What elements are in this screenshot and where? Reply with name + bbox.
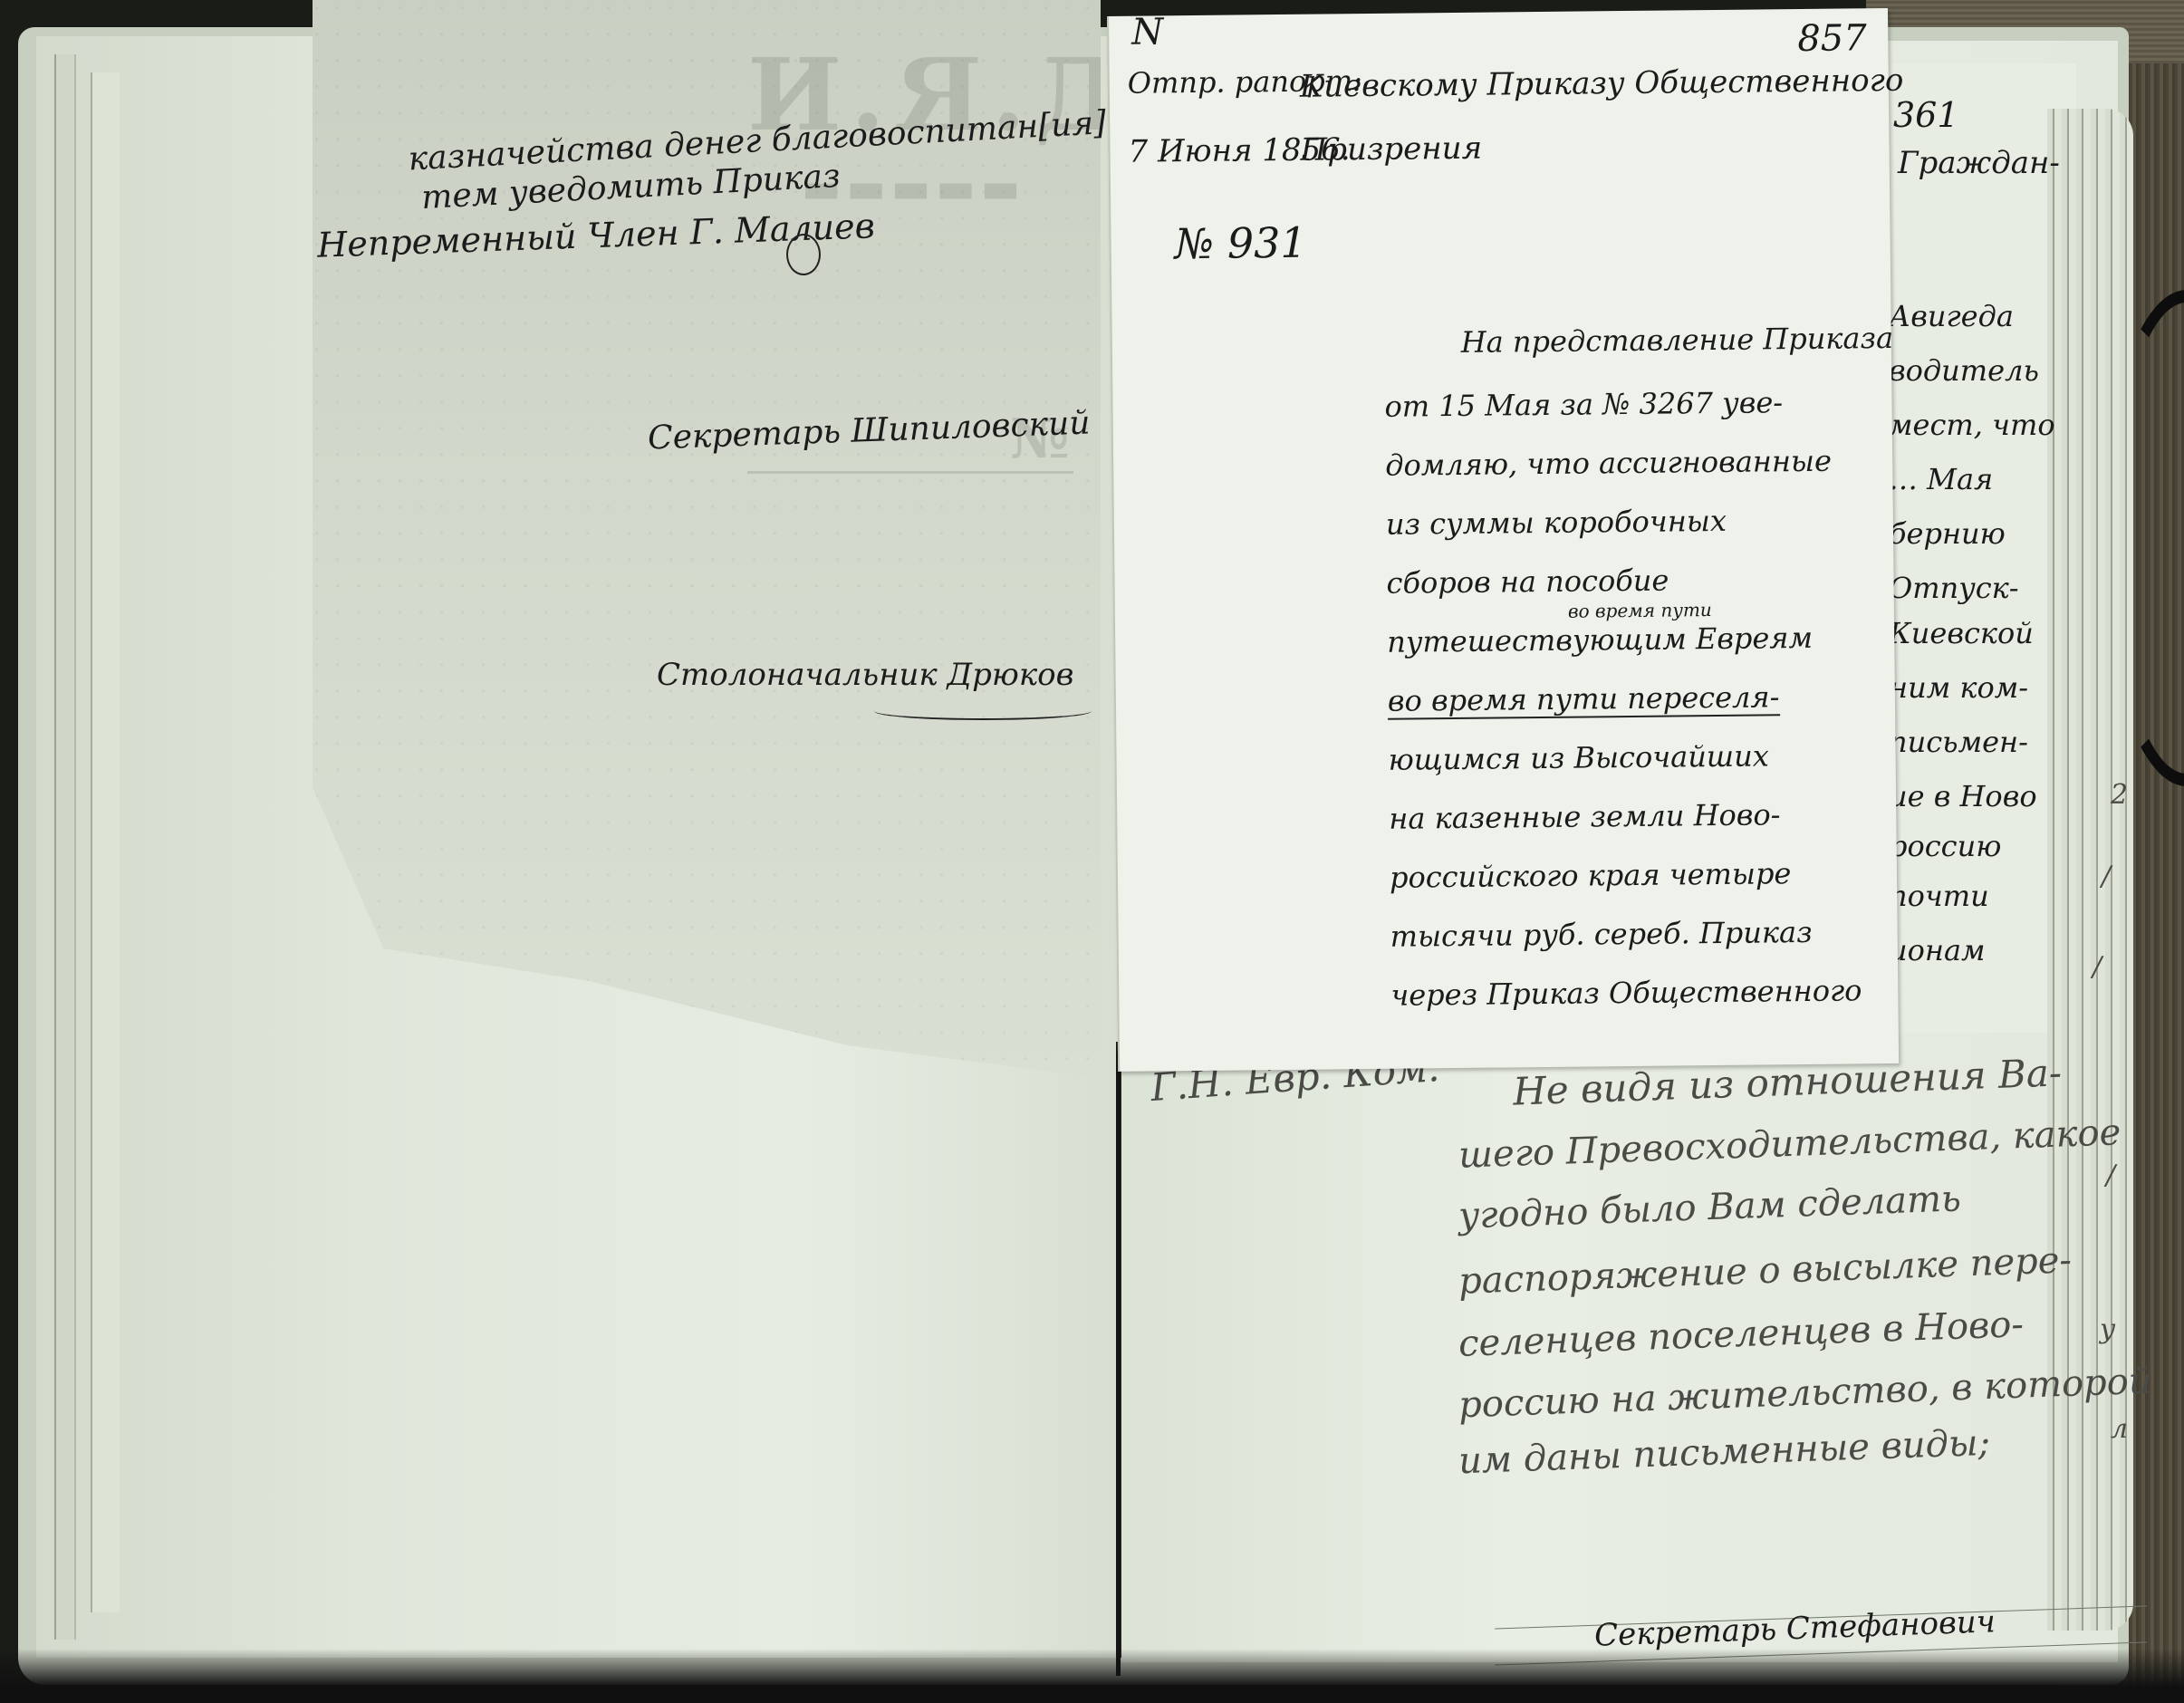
back-sheet-line: ионам bbox=[1889, 933, 1986, 967]
left-page-edges bbox=[54, 54, 76, 1640]
addressee-line-2: Призрения bbox=[1300, 130, 1482, 168]
back-sheet-line: бернию bbox=[1889, 516, 2006, 551]
official-seal bbox=[786, 234, 821, 275]
edge-pencil-mark: / bbox=[2102, 861, 2111, 892]
back-sheet-line: мест, что bbox=[1889, 408, 2055, 442]
back-sheet-folio-number: 361 bbox=[1893, 95, 1959, 135]
letter-body-line: от 15 Мая за № 3267 уве- bbox=[1384, 385, 1783, 424]
letter-body-line: тысячи руб. сереб. Приказ bbox=[1390, 915, 1812, 954]
back-sheet-line: Киевской bbox=[1889, 616, 2034, 650]
letter-body-line: на казенные земли Ново- bbox=[1389, 797, 1781, 836]
edge-pencil-mark: у bbox=[2100, 1313, 2115, 1345]
letter-header-n: N bbox=[1131, 11, 1163, 53]
back-sheet-line: ие в Ново bbox=[1889, 779, 2037, 813]
edge-pencil-mark: / bbox=[2093, 951, 2102, 983]
letter-sheet: N Отпр. рапорт: 7 Июня 1856. № 931 857 К… bbox=[1107, 8, 1899, 1072]
back-sheet-line: … Мая bbox=[1889, 462, 1993, 496]
back-sheet-line: Авигеда bbox=[1889, 299, 2014, 333]
edge-pencil-mark: л bbox=[2111, 1413, 2128, 1445]
book-spine bbox=[1116, 1042, 1121, 1676]
letter-body-line: из суммы коробочных bbox=[1386, 504, 1727, 542]
letter-body-line: домляю, что ассигнованные bbox=[1385, 444, 1832, 483]
folio-number: 857 bbox=[1797, 17, 1867, 60]
bottom-shadow bbox=[0, 1649, 2184, 1703]
letter-body-line: сборов на пособие bbox=[1386, 563, 1669, 601]
letter-body-line: ющимся из Высочайших bbox=[1388, 738, 1769, 776]
letter-body-line: На представление Приказа bbox=[1461, 321, 1894, 360]
letter-body-line: путешествующим Евреям bbox=[1387, 621, 1813, 659]
edge-pencil-mark: 2 bbox=[2111, 779, 2128, 811]
back-sheet-line: водитель bbox=[1889, 353, 2039, 388]
interlinear-insertion: во время пути bbox=[1568, 599, 1712, 622]
back-sheet-line: россию bbox=[1889, 829, 2001, 863]
left-page-inner-edge bbox=[91, 72, 120, 1612]
back-sheet-line: Отпуск- bbox=[1889, 571, 2019, 605]
letter-outgoing-number: № 931 bbox=[1174, 218, 1307, 269]
addressee-line-1: Киевскому Приказу Общественного bbox=[1300, 63, 1904, 105]
back-sheet-line: ним ком- bbox=[1889, 670, 2028, 705]
letter-body-line: российского края четыре bbox=[1390, 856, 1792, 895]
letter-body-line: через Приказ Общественного bbox=[1390, 973, 1862, 1012]
back-sheet-line: почти bbox=[1889, 879, 1989, 913]
edge-pencil-mark: / bbox=[2106, 1159, 2115, 1191]
ghost-print-rule bbox=[747, 471, 1073, 474]
signature-flourish bbox=[874, 702, 1092, 720]
department-head-signature-line: Столоначальник Дрюков bbox=[657, 657, 1073, 693]
back-sheet-line: Граждан- bbox=[1898, 145, 2060, 181]
letter-body-line-underlined: во время пути переселя- bbox=[1388, 679, 1780, 720]
back-sheet-line: письмен- bbox=[1889, 725, 2028, 759]
